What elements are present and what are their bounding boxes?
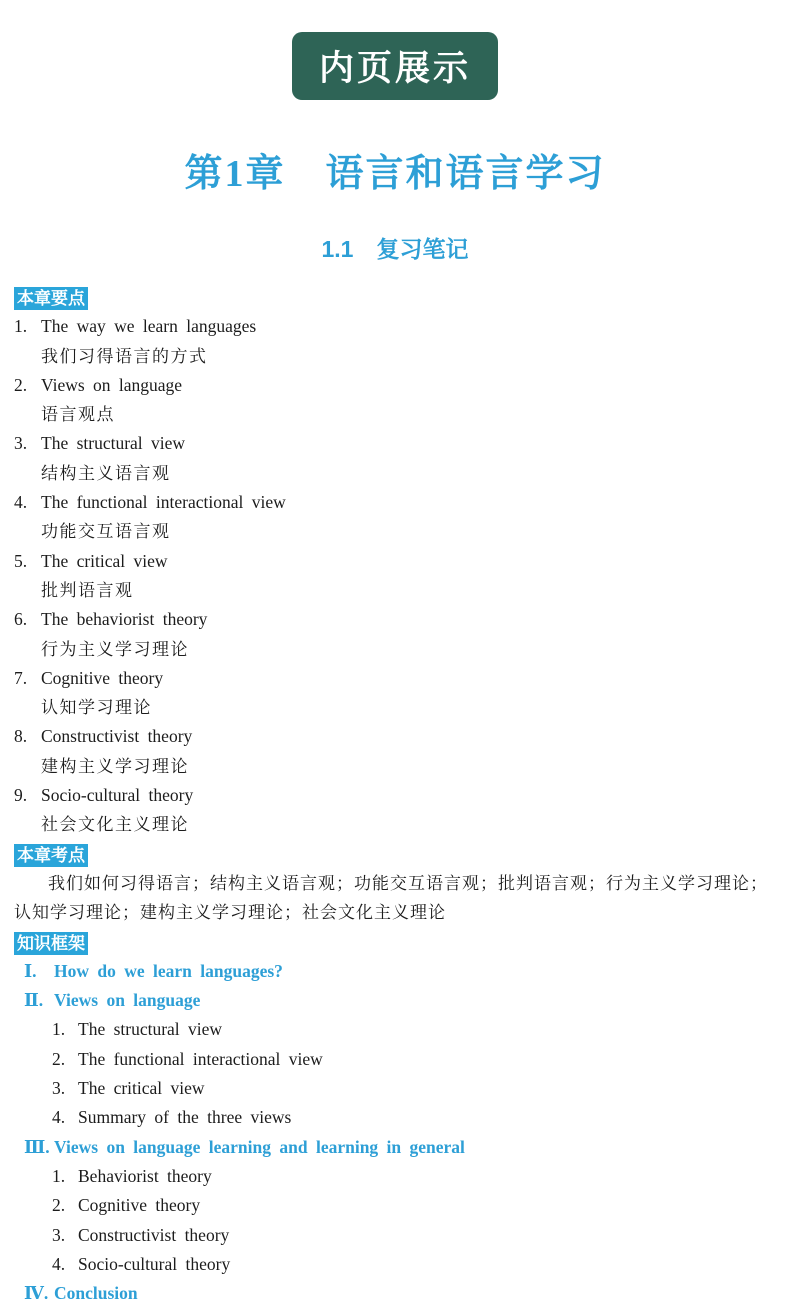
- item-number: 5.: [14, 547, 41, 576]
- framework-heading-number: Ⅳ.: [24, 1279, 54, 1301]
- subitem-number: 2.: [52, 1045, 78, 1074]
- framework-heading: Ⅲ.Views on language learning and learnin…: [14, 1133, 776, 1162]
- item-number: 2.: [14, 371, 41, 400]
- item-text-en: Views on language: [41, 375, 182, 395]
- section-subtitle: 1.1 复习笔记: [0, 231, 790, 264]
- subitem-number: 1.: [52, 1015, 78, 1044]
- framework-heading-title: How do we learn languages?: [54, 961, 283, 981]
- subitem-number: 3.: [52, 1221, 78, 1250]
- item-text-zh: 社会文化主义理论: [14, 810, 776, 839]
- item-line-en: 5.The critical view: [14, 547, 776, 576]
- framework-subitem: 3.The critical view: [14, 1074, 776, 1103]
- item-number: 4.: [14, 488, 41, 517]
- item-text-en: The functional interactional view: [41, 492, 286, 512]
- item-number: 3.: [14, 429, 41, 458]
- badge-row: 内页展示: [0, 0, 790, 100]
- framework-subitem: 4.Summary of the three views: [14, 1103, 776, 1132]
- exam-points-text: 我们如何习得语言；结构主义语言观；功能交互语言观；批判语言观；行为主义学习理论；…: [14, 869, 776, 928]
- list-item: 5.The critical view 批判语言观: [14, 547, 776, 606]
- subitem-text: The functional interactional view: [78, 1049, 323, 1069]
- exam-points-label-row: 本章考点: [14, 840, 776, 869]
- section-label-framework: 知识框架: [14, 932, 88, 955]
- framework-subitem: 4.Socio-cultural theory: [14, 1250, 776, 1279]
- item-text-zh: 行为主义学习理论: [14, 635, 776, 664]
- subitem-text: Summary of the three views: [78, 1107, 291, 1127]
- framework-heading: Ⅳ.Conclusion: [14, 1279, 776, 1301]
- framework-subitem: 3.Constructivist theory: [14, 1221, 776, 1250]
- list-item: 7.Cognitive theory 认知学习理论: [14, 664, 776, 723]
- item-text-zh: 建构主义学习理论: [14, 752, 776, 781]
- page-content: 本章要点 1.The way we learn languages 我们习得语言…: [14, 283, 776, 1301]
- list-item: 3.The structural view 结构主义语言观: [14, 429, 776, 488]
- item-number: 1.: [14, 312, 41, 341]
- framework-heading-title: Views on language learning and learning …: [54, 1137, 465, 1157]
- key-points-label-row: 本章要点: [14, 283, 776, 312]
- subitem-text: Cognitive theory: [78, 1195, 200, 1215]
- list-item: 1.The way we learn languages 我们习得语言的方式: [14, 312, 776, 371]
- item-text-zh: 语言观点: [14, 400, 776, 429]
- framework-subitem: 1.Behaviorist theory: [14, 1162, 776, 1191]
- item-line-en: 3.The structural view: [14, 429, 776, 458]
- subitem-number: 4.: [52, 1103, 78, 1132]
- section-label-exam-points: 本章考点: [14, 844, 88, 867]
- framework-heading: Ⅱ.Views on language: [14, 986, 776, 1015]
- item-text-zh: 功能交互语言观: [14, 517, 776, 546]
- item-number: 8.: [14, 722, 41, 751]
- subitem-text: Behaviorist theory: [78, 1166, 212, 1186]
- item-text-en: The structural view: [41, 433, 185, 453]
- page-badge: 内页展示: [292, 32, 498, 100]
- framework-heading-number: Ⅰ.: [24, 957, 54, 986]
- item-line-en: 2.Views on language: [14, 371, 776, 400]
- item-text-en: The way we learn languages: [41, 316, 256, 336]
- item-text-en: Socio-cultural theory: [41, 785, 193, 805]
- item-line-en: 7.Cognitive theory: [14, 664, 776, 693]
- framework-heading-number: Ⅱ.: [24, 986, 54, 1015]
- item-text-zh: 认知学习理论: [14, 693, 776, 722]
- item-line-en: 4.The functional interactional view: [14, 488, 776, 517]
- subitem-text: Constructivist theory: [78, 1225, 229, 1245]
- framework-label-row: 知识框架: [14, 928, 776, 957]
- item-line-en: 1.The way we learn languages: [14, 312, 776, 341]
- item-text-zh: 我们习得语言的方式: [14, 342, 776, 371]
- item-line-en: 8.Constructivist theory: [14, 722, 776, 751]
- framework-heading-number: Ⅲ.: [24, 1133, 54, 1162]
- list-item: 8.Constructivist theory 建构主义学习理论: [14, 722, 776, 781]
- subitem-text: The structural view: [78, 1019, 222, 1039]
- subitem-number: 1.: [52, 1162, 78, 1191]
- subitem-number: 3.: [52, 1074, 78, 1103]
- framework-subitem: 2.The functional interactional view: [14, 1045, 776, 1074]
- book-page: 内页展示 第1章 语言和语言学习 1.1 复习笔记 本章要点 1.The way…: [0, 0, 790, 1301]
- framework-heading: Ⅰ.How do we learn languages?: [14, 957, 776, 986]
- list-item: 2.Views on language 语言观点: [14, 371, 776, 430]
- item-text-en: The behaviorist theory: [41, 609, 207, 629]
- item-text-en: The critical view: [41, 551, 168, 571]
- item-number: 9.: [14, 781, 41, 810]
- framework-heading-title: Views on language: [54, 990, 200, 1010]
- item-text-en: Cognitive theory: [41, 668, 163, 688]
- list-item: 4.The functional interactional view 功能交互…: [14, 488, 776, 547]
- item-line-en: 9.Socio-cultural theory: [14, 781, 776, 810]
- subitem-number: 2.: [52, 1191, 78, 1220]
- subitem-number: 4.: [52, 1250, 78, 1279]
- framework-subitem: 1.The structural view: [14, 1015, 776, 1044]
- item-line-en: 6.The behaviorist theory: [14, 605, 776, 634]
- list-item: 9.Socio-cultural theory 社会文化主义理论: [14, 781, 776, 840]
- subitem-text: The critical view: [78, 1078, 205, 1098]
- item-text-zh: 结构主义语言观: [14, 459, 776, 488]
- chapter-title: 第1章 语言和语言学习: [0, 142, 790, 197]
- item-text-zh: 批判语言观: [14, 576, 776, 605]
- list-item: 6.The behaviorist theory 行为主义学习理论: [14, 605, 776, 664]
- section-label-key-points: 本章要点: [14, 287, 88, 310]
- item-number: 7.: [14, 664, 41, 693]
- item-number: 6.: [14, 605, 41, 634]
- framework-subitem: 2.Cognitive theory: [14, 1191, 776, 1220]
- subitem-text: Socio-cultural theory: [78, 1254, 230, 1274]
- item-text-en: Constructivist theory: [41, 726, 192, 746]
- framework-heading-title: Conclusion: [54, 1283, 138, 1301]
